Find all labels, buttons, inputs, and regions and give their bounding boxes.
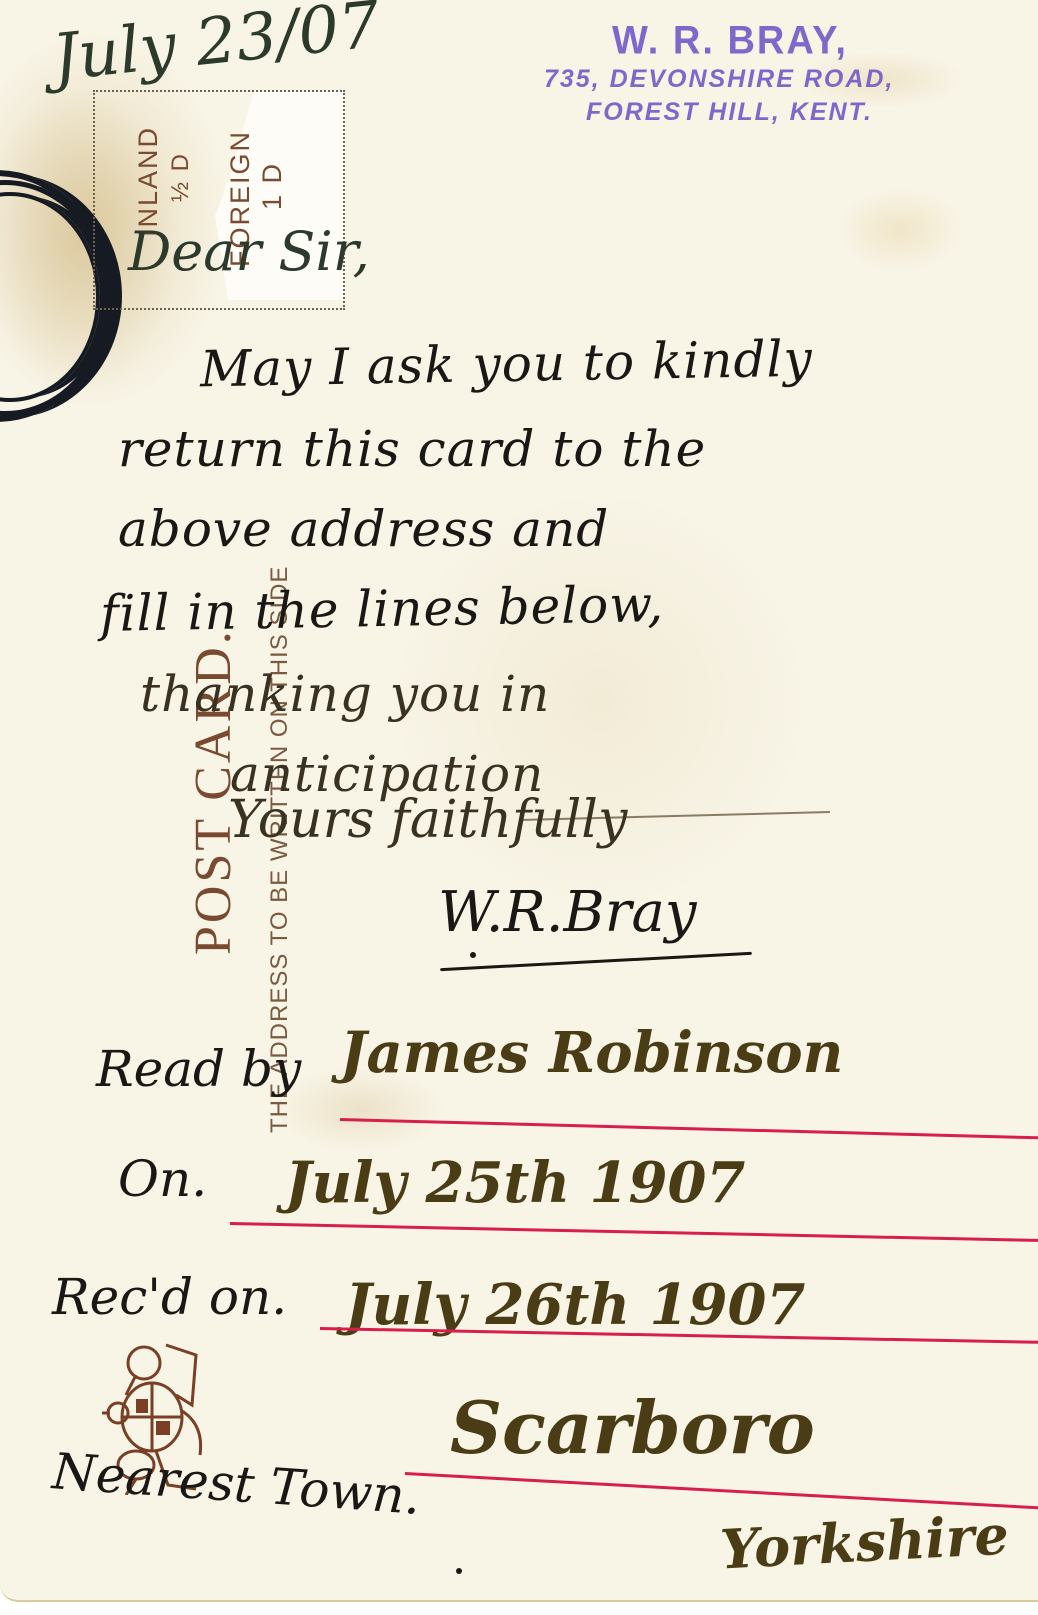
foreign-rate: 1 D bbox=[257, 162, 288, 210]
nearest-town-value: Scarboro bbox=[450, 1385, 815, 1470]
closing: Yours faithfully bbox=[228, 790, 627, 850]
body-line: May I ask you to kindly bbox=[200, 330, 814, 399]
on-label: On. bbox=[118, 1150, 207, 1208]
county-value: Yorkshire bbox=[719, 1502, 1011, 1581]
read-by-line bbox=[340, 1118, 1038, 1139]
sender-locality: FOREST HILL, KENT. bbox=[540, 98, 920, 127]
ink-dot bbox=[456, 1568, 462, 1574]
signature: W.R.Bray bbox=[438, 880, 696, 945]
body-line: fill in the lines below, bbox=[100, 575, 665, 643]
on-date-value: July 25th 1907 bbox=[285, 1150, 745, 1216]
body-line: thanking you in bbox=[140, 665, 550, 723]
recd-on-label: Rec'd on. bbox=[52, 1268, 287, 1326]
sender-street: 735, DEVONSHIRE ROAD, bbox=[540, 65, 920, 94]
inland-rate: ½ D bbox=[167, 152, 195, 202]
read-by-value: James Robinson bbox=[340, 1020, 843, 1086]
signature-underline bbox=[440, 952, 752, 971]
sender-address-stamp: W. R. BRAY, 735, DEVONSHIRE ROAD, FOREST… bbox=[540, 20, 920, 127]
sender-name: W. R. BRAY, bbox=[540, 19, 920, 64]
salutation: Dear Sir, bbox=[128, 220, 370, 283]
read-by-label: Read by bbox=[96, 1040, 301, 1098]
ink-dot bbox=[470, 952, 476, 958]
nearest-town-line bbox=[405, 1472, 1038, 1509]
nearest-town-label: Nearest Town. bbox=[50, 1442, 422, 1526]
body-line: return this card to the bbox=[118, 420, 706, 478]
body-line: above address and bbox=[118, 500, 609, 558]
postcard: INLAND ½ D FOREIGN 1 D W. R. BRAY, 735, … bbox=[0, 0, 1038, 1602]
on-date-line bbox=[230, 1222, 1038, 1242]
